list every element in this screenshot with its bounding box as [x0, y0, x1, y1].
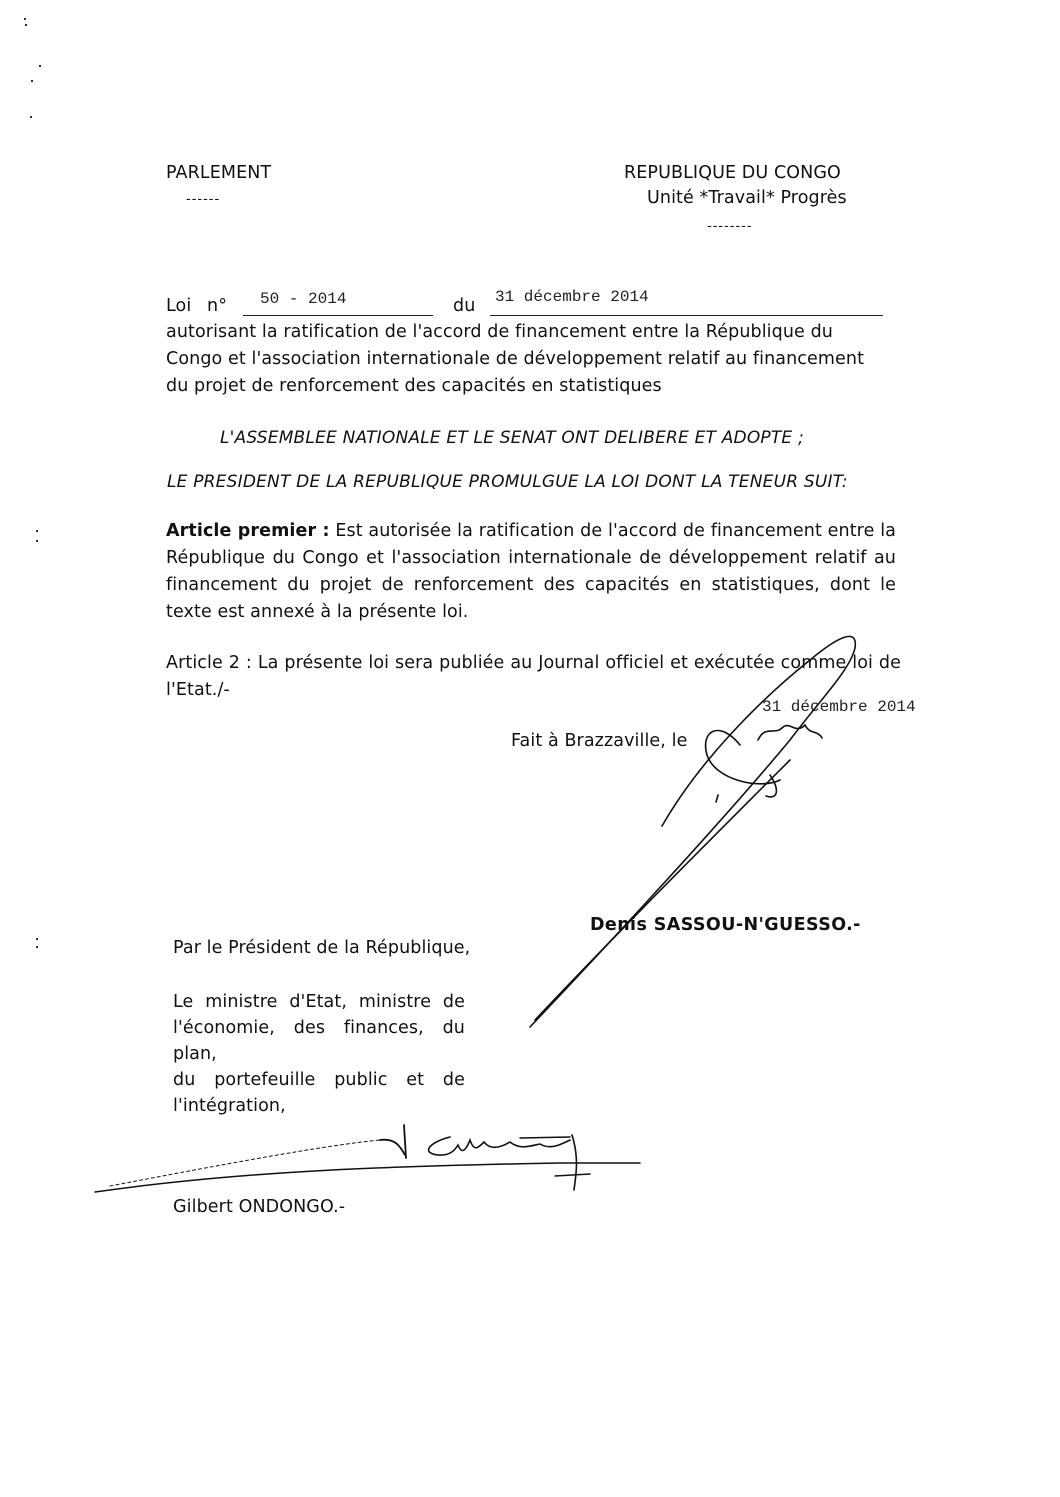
- law-date-field: 31 décembre 2014: [490, 292, 883, 316]
- parliament-separator: ------: [186, 192, 220, 207]
- minister-name: Gilbert ONDONGO.-: [173, 1197, 345, 1217]
- law-date-label: du: [453, 296, 475, 316]
- article-1: Article premier : Est autorisée la ratif…: [166, 518, 896, 626]
- president-name: Denis SASSOU-N'GUESSO.-: [590, 915, 861, 935]
- republic-heading: REPUBLIQUE DU CONGO: [624, 163, 841, 183]
- minister-title-line: du portefeuille public et de: [173, 1067, 465, 1093]
- law-date: 31 décembre 2014: [495, 288, 649, 306]
- law-number: 50 - 2014: [260, 290, 346, 308]
- countersign-intro: Par le Président de la République,: [173, 938, 470, 958]
- stamped-date: 31 décembre 2014: [762, 698, 916, 716]
- law-number-field: 50 - 2014: [243, 292, 433, 316]
- article-2-text: La présente loi sera publiée au Journal …: [166, 653, 901, 700]
- national-motto: Unité *Travail* Progrès: [647, 188, 847, 208]
- preamble-adoption: L'ASSEMBLEE NATIONALE ET LE SENAT ONT DE…: [220, 428, 804, 448]
- law-label: Loi: [166, 296, 191, 316]
- law-title-line: Congo et l'association internationale de…: [166, 346, 892, 373]
- article-2-heading: Article 2 :: [166, 653, 252, 673]
- law-title-line: du projet de renforcement des capacités …: [166, 373, 892, 400]
- law-number-label: n°: [207, 296, 227, 316]
- minister-title-line: l'intégration,: [173, 1093, 465, 1119]
- article-1-heading: Article premier :: [166, 521, 330, 541]
- minister-title: Le ministre d'Etat, ministre de l'économ…: [173, 989, 465, 1119]
- law-title: autorisant la ratification de l'accord d…: [166, 319, 892, 400]
- republic-separator: --------: [707, 219, 753, 234]
- parliament-heading: PARLEMENT: [166, 163, 271, 183]
- place-and-date-label: Fait à Brazzaville, le: [511, 731, 687, 751]
- minister-title-line: l'économie, des finances, du plan,: [173, 1015, 465, 1067]
- minister-title-line: Le ministre d'Etat, ministre de: [173, 989, 465, 1015]
- preamble-promulgation: LE PRESIDENT DE LA REPUBLIQUE PROMULGUE …: [167, 472, 848, 492]
- article-2: Article 2 : La présente loi sera publiée…: [166, 650, 901, 704]
- law-title-line: autorisant la ratification de l'accord d…: [166, 319, 892, 346]
